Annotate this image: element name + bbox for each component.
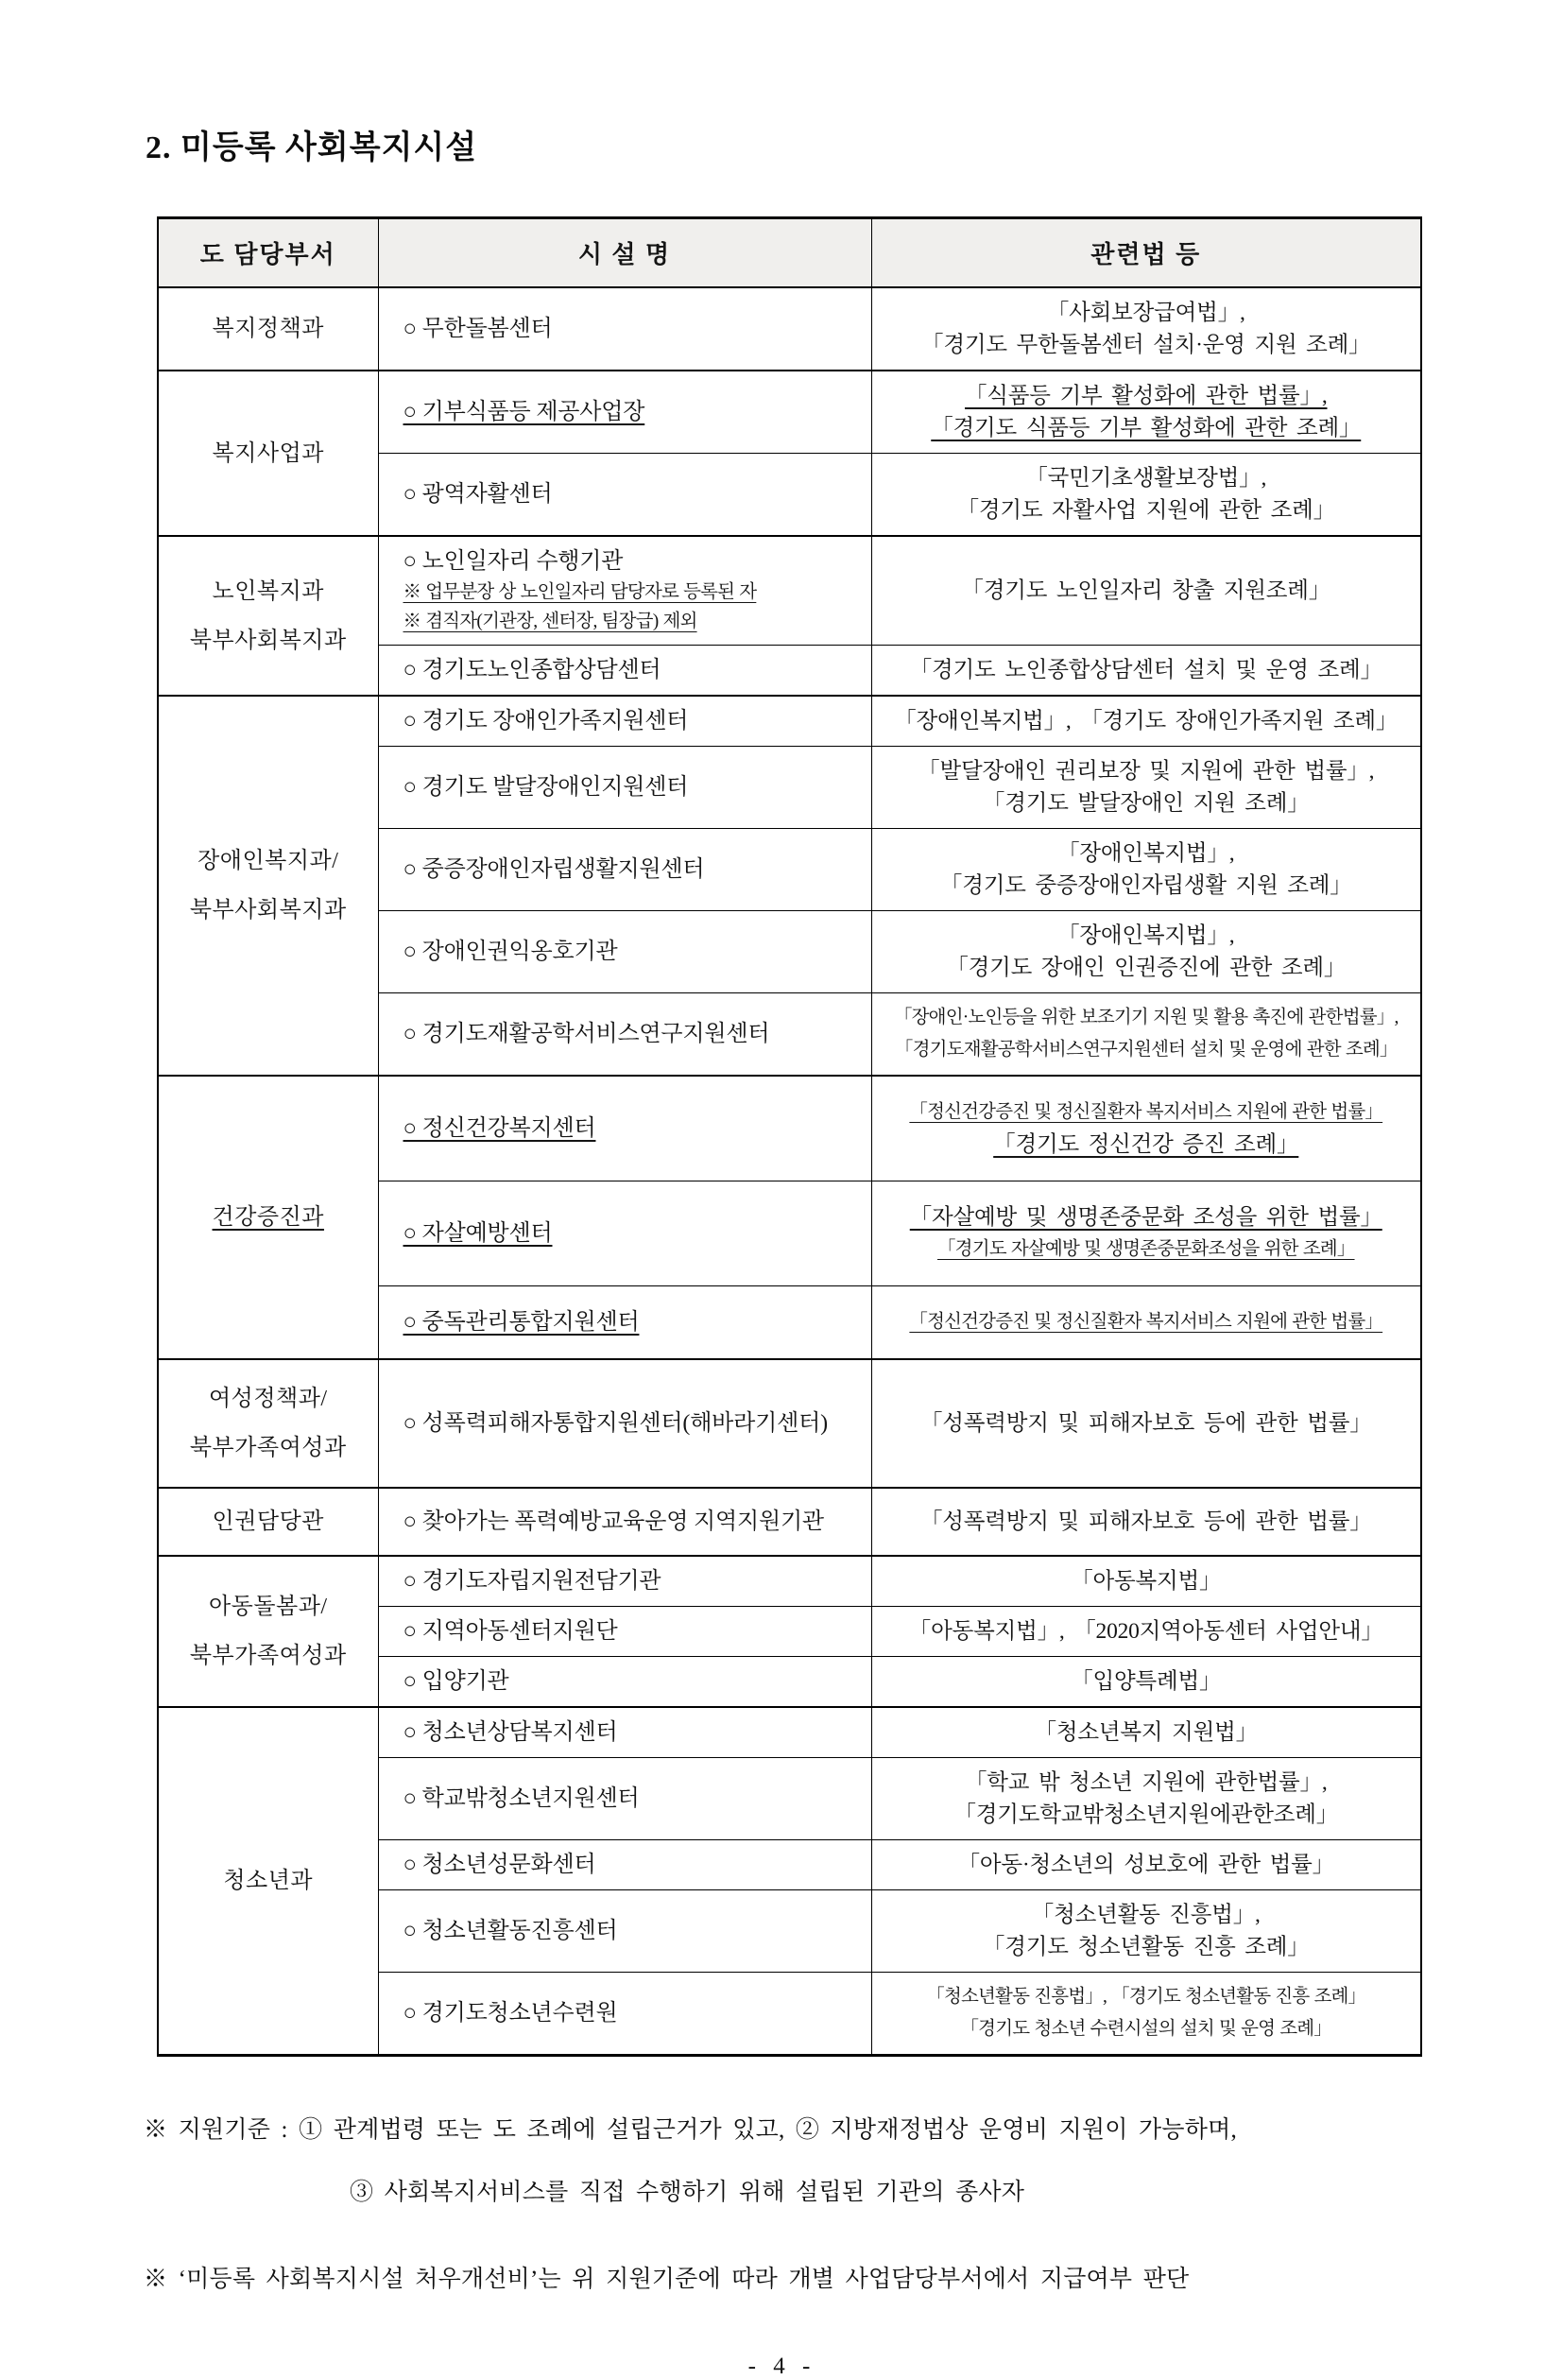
cell-text-line: 북부가족여성과 (166, 1423, 370, 1473)
related-laws-cell: 「장애인복지법」,「경기도 중증장애인자립생활 지원 조례」 (871, 829, 1421, 911)
cell-text-line: 북부사회복지과 (166, 616, 370, 665)
header-cell-laws: 관련법 등 (871, 218, 1421, 288)
cell-text-line: ○ 경기도 장애인가족지원센터 (403, 705, 864, 737)
related-laws-cell: 「자살예방 및 생명존중문화 조성을 위한 법률」「경기도 자살예방 및 생명존… (871, 1181, 1421, 1286)
cell-text-line: 「청소년복지 지원법」 (880, 1716, 1414, 1749)
related-laws-cell: 「정신건강증진 및 정신질환자 복지서비스 지원에 관한 법률」「경기도 정신건… (871, 1076, 1421, 1181)
cell-text-line: ○ 청소년성문화센터 (403, 1849, 864, 1881)
cell-text-line: ○ 기부식품등 제공사업장 (403, 396, 864, 428)
cell-text-line: 「장애인·노인등을 위한 보조기기 지원 및 활용 촉진에 관한법률」, (880, 1002, 1414, 1034)
related-laws-cell: 「아동·청소년의 성보호에 관한 법률」 (871, 1840, 1421, 1890)
cell-text-line: ○ 노인일자리 수행기관 (403, 545, 864, 578)
related-laws-cell: 「식품등 기부 활성화에 관한 법률」,「경기도 식품등 기부 활성화에 관한 … (871, 371, 1421, 454)
cell-text-line: 「아동복지법」, 「2020지역아동센터 사업안내」 (880, 1615, 1414, 1647)
facility-cell: ○ 경기도자립지원전담기관 (378, 1556, 871, 1607)
facility-cell: ○ 경기도 발달장애인지원센터 (378, 747, 871, 829)
department-cell: 복지사업과 (158, 371, 378, 536)
cell-text-line: 「사회보장급여법」, (880, 297, 1414, 329)
cell-text-line: 「경기도 청소년활동 진흥 조례」 (880, 1931, 1414, 1963)
facility-cell: ○ 지역아동센터지원단 (378, 1607, 871, 1657)
document-title: 2. 미등록 사회복지시설 (146, 121, 1420, 167)
cell-text-line: 「경기도학교밖청소년지원에관한조례」 (880, 1799, 1414, 1831)
facility-cell: ○ 광역자활센터 (378, 454, 871, 537)
facility-cell: ○ 청소년상담복지센터 (378, 1707, 871, 1758)
facility-cell: ○ 자살예방센터 (378, 1181, 871, 1286)
cell-text-line: ○ 입양기관 (403, 1665, 864, 1698)
cell-text-line: 북부사회복지과 (166, 886, 370, 935)
cell-text-line: 「경기도 식품등 기부 활성화에 관한 조례」 (880, 412, 1414, 444)
department-cell: 아동돌봄과/북부가족여성과 (158, 1556, 378, 1707)
cell-text-line: 「정신건강증진 및 정신질환자 복지서비스 지원에 관한 법률」 (880, 1096, 1414, 1129)
cell-text-line: ※ 업무분장 상 노인일자리 담당자로 등록된 자 (403, 578, 864, 607)
cell-text-line: 인권담당관 (166, 1497, 370, 1546)
cell-text-line: 「발달장애인 권리보장 및 지원에 관한 법률」, (880, 755, 1414, 787)
facility-cell: ○ 장애인권익옹호기관 (378, 911, 871, 993)
cell-text-line: ○ 장애인권익옹호기관 (403, 936, 864, 968)
cell-text-line: 「경기도 장애인 인권증진에 관한 조례」 (880, 952, 1414, 984)
department-cell: 청소년과 (158, 1707, 378, 2056)
cell-text-line: ○ 청소년활동진흥센터 (403, 1915, 864, 1947)
table-row: 건강증진과○ 정신건강복지센터「정신건강증진 및 정신질환자 복지서비스 지원에… (158, 1076, 1421, 1181)
related-laws-cell: 「청소년활동 진흥법」,「경기도 청소년활동 진흥 조례」 (871, 1890, 1421, 1973)
cell-text-line: 「경기도 발달장애인 지원 조례」 (880, 787, 1414, 819)
cell-text-line: 복지정책과 (166, 304, 370, 354)
related-laws-cell: 「입양특례법」 (871, 1657, 1421, 1708)
table-row: 복지사업과○ 기부식품등 제공사업장「식품등 기부 활성화에 관한 법률」,「경… (158, 371, 1421, 454)
table-header-row: 도 담당부서 시 설 명 관련법 등 (158, 218, 1421, 288)
cell-text-line: 여성정책과/ (166, 1374, 370, 1423)
cell-text-line: 「경기도 정신건강 증진 조례」 (880, 1129, 1414, 1161)
department-cell: 인권담당관 (158, 1488, 378, 1556)
cell-text-line: 「경기도 청소년 수련시설의 설치 및 운영 조례」 (880, 2013, 1414, 2045)
department-cell: 여성정책과/북부가족여성과 (158, 1359, 378, 1488)
related-laws-cell: 「아동복지법」, 「2020지역아동센터 사업안내」 (871, 1607, 1421, 1657)
related-laws-cell: 「청소년복지 지원법」 (871, 1707, 1421, 1758)
cell-text-line: 「청소년활동 진흥법」, 「경기도 청소년활동 진흥 조례」 (880, 1981, 1414, 2013)
cell-text-line: 청소년과 (166, 1856, 370, 1906)
cell-text-line: 「청소년활동 진흥법」, (880, 1899, 1414, 1931)
cell-text-line: ○ 학교밖청소년지원센터 (403, 1783, 864, 1815)
facility-cell: ○ 청소년활동진흥센터 (378, 1890, 871, 1973)
table-row: 아동돌봄과/북부가족여성과○ 경기도자립지원전담기관「아동복지법」 (158, 1556, 1421, 1607)
related-laws-cell: 「장애인복지법」, 「경기도 장애인가족지원 조례」 (871, 696, 1421, 747)
related-laws-cell: 「성폭력방지 및 피해자보호 등에 관한 법률」 (871, 1488, 1421, 1556)
related-laws-cell: 「장애인·노인등을 위한 보조기기 지원 및 활용 촉진에 관한법률」,「경기도… (871, 993, 1421, 1077)
cell-text-line: 「성폭력방지 및 피해자보호 등에 관한 법률」 (880, 1407, 1414, 1440)
cell-text-line: ○ 중증장애인자립생활지원센터 (403, 854, 864, 886)
related-laws-cell: 「장애인복지법」,「경기도 장애인 인권증진에 관한 조례」 (871, 911, 1421, 993)
cell-text-line: 「학교 밖 청소년 지원에 관한법률」, (880, 1767, 1414, 1799)
related-laws-cell: 「아동복지법」 (871, 1556, 1421, 1607)
facility-cell: ○ 청소년성문화센터 (378, 1840, 871, 1890)
cell-text-line: 「장애인복지법」, (880, 837, 1414, 870)
cell-text-line: 「정신건강증진 및 정신질환자 복지서비스 지원에 관한 법률」 (880, 1306, 1414, 1338)
cell-text-line: 장애인복지과/ (166, 836, 370, 886)
related-laws-cell: 「경기도 노인일자리 창출 지원조례」 (871, 536, 1421, 646)
cell-text-line: 「성폭력방지 및 피해자보호 등에 관한 법률」 (880, 1506, 1414, 1538)
page-number: - 4 - (144, 2354, 1420, 2380)
department-cell: 복지정책과 (158, 287, 378, 371)
facility-cell: ○ 입양기관 (378, 1657, 871, 1708)
facility-cell: ○ 경기도노인종합상담센터 (378, 646, 871, 697)
cell-text-line: 「경기도 중증장애인자립생활 지원 조례」 (880, 870, 1414, 902)
facility-cell: ○ 성폭력피해자통합지원센터(해바라기센터) (378, 1359, 871, 1488)
related-laws-cell: 「경기도 노인종합상담센터 설치 및 운영 조례」 (871, 646, 1421, 697)
cell-text-line: 「자살예방 및 생명존중문화 조성을 위한 법률」 (880, 1201, 1414, 1233)
note-payment-decision: ※ ‘미등록 사회복지시설 처우개선비’는 위 지원기준에 따라 개별 사업담당… (144, 2261, 1420, 2299)
notes-section: ※ 지원기준 : ① 관계법령 또는 도 조례에 설립근거가 있고, ② 지방재… (144, 2112, 1420, 2299)
cell-text-line: ○ 중독관리통합지원센터 (403, 1306, 864, 1338)
table-row: 여성정책과/북부가족여성과○ 성폭력피해자통합지원센터(해바라기센터)「성폭력방… (158, 1359, 1421, 1488)
table-row: 인권담당관○ 찾아가는 폭력예방교육운영 지역지원기관「성폭력방지 및 피해자보… (158, 1488, 1421, 1556)
cell-text-line: 「아동복지법」 (880, 1565, 1414, 1597)
cell-text-line: ○ 경기도 발달장애인지원센터 (403, 771, 864, 803)
cell-text-line: ○ 경기도노인종합상담센터 (403, 654, 864, 686)
cell-text-line: 아동돌봄과/ (166, 1582, 370, 1631)
facility-cell: ○ 경기도 장애인가족지원센터 (378, 696, 871, 747)
facility-cell: ○ 중독관리통합지원센터 (378, 1286, 871, 1360)
cell-text-line: 건강증진과 (166, 1193, 370, 1242)
cell-text-line: ※ 겸직자(기관장, 센터장, 팀장급) 제외 (403, 607, 864, 636)
department-cell: 노인복지과북부사회복지과 (158, 536, 378, 696)
facility-cell: ○ 정신건강복지센터 (378, 1076, 871, 1181)
cell-text-line: 「경기도 노인일자리 창출 지원조례」 (880, 575, 1414, 607)
cell-text-line: 「입양특례법」 (880, 1665, 1414, 1698)
cell-text-line: ○ 정신건강복지센터 (403, 1112, 864, 1145)
related-laws-cell: 「발달장애인 권리보장 및 지원에 관한 법률」,「경기도 발달장애인 지원 조… (871, 747, 1421, 829)
cell-text-line: 「경기도 자살예방 및 생명존중문화조성을 위한 조례」 (880, 1233, 1414, 1266)
header-cell-facility: 시 설 명 (378, 218, 871, 288)
related-laws-cell: 「국민기초생활보장법」,「경기도 자활사업 지원에 관한 조례」 (871, 454, 1421, 537)
note-support-criteria-continued: ③ 사회복지서비스를 직접 수행하기 위해 설립된 기관의 종사자 (144, 2174, 1420, 2212)
facility-cell: ○ 기부식품등 제공사업장 (378, 371, 871, 454)
cell-text-line: 「장애인복지법」, 「경기도 장애인가족지원 조례」 (880, 705, 1414, 737)
document-page: 2. 미등록 사회복지시설 도 담당부서 시 설 명 관련법 등 복지정책과○ … (0, 0, 1562, 2209)
header-cell-department: 도 담당부서 (158, 218, 378, 288)
related-laws-cell: 「사회보장급여법」,「경기도 무한돌봄센터 설치·운영 지원 조례」 (871, 287, 1421, 371)
cell-text-line: 노인복지과 (166, 567, 370, 616)
department-cell: 건강증진과 (158, 1076, 378, 1359)
cell-text-line: ○ 지역아동센터지원단 (403, 1615, 864, 1647)
cell-text-line: ○ 자살예방센터 (403, 1217, 864, 1250)
cell-text-line: ○ 경기도청소년수련원 (403, 1997, 864, 2029)
facility-cell: ○ 중증장애인자립생활지원센터 (378, 829, 871, 911)
cell-text-line: ○ 성폭력피해자통합지원센터(해바라기센터) (403, 1407, 864, 1440)
related-laws-cell: 「학교 밖 청소년 지원에 관한법률」,「경기도학교밖청소년지원에관한조례」 (871, 1758, 1421, 1840)
cell-text-line: ○ 찾아가는 폭력예방교육운영 지역지원기관 (403, 1506, 864, 1538)
facility-table-body: 복지정책과○ 무한돌봄센터「사회보장급여법」,「경기도 무한돌봄센터 설치·운영… (158, 287, 1421, 2056)
facility-table: 도 담당부서 시 설 명 관련법 등 복지정책과○ 무한돌봄센터「사회보장급여법… (157, 216, 1422, 2057)
cell-text-line: 복지사업과 (166, 429, 370, 478)
cell-text-line: 북부가족여성과 (166, 1631, 370, 1681)
cell-text-line: 「경기도 자활사업 지원에 관한 조례」 (880, 494, 1414, 526)
cell-text-line: 「경기도재활공학서비스연구지원센터 설치 및 운영에 관한 조례」 (880, 1034, 1414, 1066)
cell-text-line: 「경기도 무한돌봄센터 설치·운영 지원 조례」 (880, 329, 1414, 361)
cell-text-line: 「식품등 기부 활성화에 관한 법률」, (880, 380, 1414, 412)
facility-cell: ○ 찾아가는 폭력예방교육운영 지역지원기관 (378, 1488, 871, 1556)
cell-text-line: 「국민기초생활보장법」, (880, 462, 1414, 494)
note-support-criteria: ※ 지원기준 : ① 관계법령 또는 도 조례에 설립근거가 있고, ② 지방재… (144, 2112, 1420, 2149)
facility-cell: ○ 노인일자리 수행기관※ 업무분장 상 노인일자리 담당자로 등록된 자※ 겸… (378, 536, 871, 646)
facility-cell: ○ 무한돌봄센터 (378, 287, 871, 371)
table-row: 장애인복지과/북부사회복지과○ 경기도 장애인가족지원센터「장애인복지법」, 「… (158, 696, 1421, 747)
related-laws-cell: 「성폭력방지 및 피해자보호 등에 관한 법률」 (871, 1359, 1421, 1488)
facility-cell: ○ 경기도재활공학서비스연구지원센터 (378, 993, 871, 1077)
cell-text-line: ○ 경기도재활공학서비스연구지원센터 (403, 1018, 864, 1050)
cell-text-line: 「장애인복지법」, (880, 920, 1414, 952)
cell-text-line: ○ 무한돌봄센터 (403, 313, 864, 345)
department-cell: 장애인복지과/북부사회복지과 (158, 696, 378, 1076)
related-laws-cell: 「청소년활동 진흥법」, 「경기도 청소년활동 진흥 조례」「경기도 청소년 수… (871, 1973, 1421, 2056)
table-row: 청소년과○ 청소년상담복지센터「청소년복지 지원법」 (158, 1707, 1421, 1758)
table-row: 복지정책과○ 무한돌봄센터「사회보장급여법」,「경기도 무한돌봄센터 설치·운영… (158, 287, 1421, 371)
cell-text-line: 「아동·청소년의 성보호에 관한 법률」 (880, 1849, 1414, 1881)
cell-text-line: ○ 청소년상담복지센터 (403, 1716, 864, 1749)
cell-text-line: 「경기도 노인종합상담센터 설치 및 운영 조례」 (880, 654, 1414, 686)
facility-cell: ○ 경기도청소년수련원 (378, 1973, 871, 2056)
table-row: 노인복지과북부사회복지과○ 노인일자리 수행기관※ 업무분장 상 노인일자리 담… (158, 536, 1421, 646)
cell-text-line: ○ 경기도자립지원전담기관 (403, 1565, 864, 1597)
cell-text-line: ○ 광역자활센터 (403, 478, 864, 510)
facility-cell: ○ 학교밖청소년지원센터 (378, 1758, 871, 1840)
related-laws-cell: 「정신건강증진 및 정신질환자 복지서비스 지원에 관한 법률」 (871, 1286, 1421, 1360)
